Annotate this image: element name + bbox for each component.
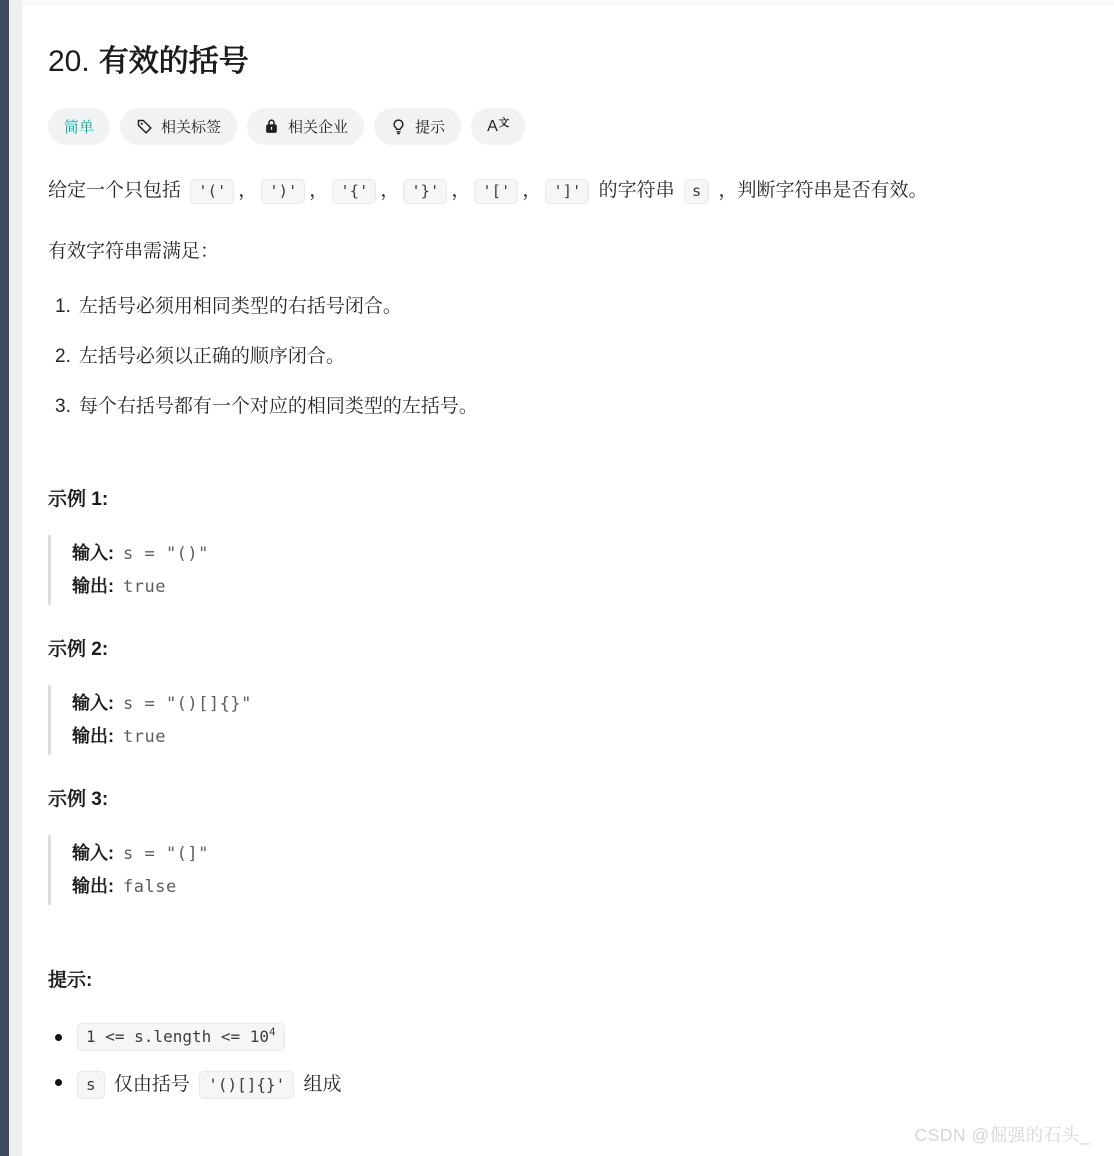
example-input-line: 输入:s = "(]" [72, 837, 1066, 870]
rule-item: 3.每个右括号都有一个对应的相同类型的左括号。 [55, 396, 1066, 418]
problem-page: { "colors": { "difficulty_easy": "#00af9… [0, 0, 1114, 1156]
rule-item: 1.左括号必须用相同类型的右括号闭合。 [55, 296, 1066, 318]
bullet-dot [55, 1079, 62, 1086]
problem-name: 有效的括号 [99, 45, 249, 78]
example-3-title: 示例 3: [48, 784, 1066, 811]
problem-description-panel: 20.有效的括号 简单 相关标签 相关企业 [22, 6, 1114, 1156]
example-1-title: 示例 1: [48, 484, 1066, 511]
hint-button[interactable]: 提示 [374, 108, 461, 145]
left-gutter [9, 0, 22, 1156]
bullet-dot [55, 1034, 62, 1041]
example-input-line: 输入:s = "()[]{}" [72, 687, 1066, 720]
related-tags-button[interactable]: 相关标签 [120, 108, 237, 145]
badge-row: 简单 相关标签 相关企业 [48, 108, 1066, 145]
satisfy-line: 有效字符串需满足： [48, 236, 1066, 263]
example-output-line: 输出:true [72, 570, 1066, 603]
example-output-line: 输出:true [72, 720, 1066, 753]
rules-list: 1.左括号必须用相同类型的右括号闭合。 2.左括号必须以正确的顺序闭合。 3.每… [55, 296, 1066, 418]
inline-code: ']' [545, 179, 589, 204]
hint-label: 提示 [415, 116, 445, 137]
constraints-list: 1 <= s.length <= 104 s 仅由括号 '()[]{}' 组成 [55, 1026, 1066, 1096]
tag-icon [136, 118, 153, 135]
constraints-title: 提示: [48, 965, 1066, 992]
inline-code: 1 <= s.length <= 104 [77, 1023, 285, 1051]
example-2-title: 示例 2: [48, 634, 1066, 661]
lightbulb-icon [390, 118, 407, 135]
example-1-block: 输入:s = "()" 输出:true [48, 535, 1066, 605]
inline-code: s [684, 179, 709, 204]
difficulty-badge[interactable]: 简单 [48, 108, 110, 145]
difficulty-label: 简单 [64, 116, 94, 137]
inline-code: '}' [403, 179, 447, 204]
related-companies-label: 相关企业 [288, 116, 348, 137]
problem-intro: 给定一个只包括 '('，')'，'{'，'}'，'['，']' 的字符串 s ，… [48, 176, 1066, 206]
constraint-item: 1 <= s.length <= 104 [55, 1026, 1066, 1048]
lock-icon [263, 118, 280, 135]
rule-item: 2.左括号必须以正确的顺序闭合。 [55, 346, 1066, 368]
window-left-edge-bar [0, 0, 9, 1156]
inline-code: '()[]{}' [199, 1071, 294, 1099]
example-input-line: 输入:s = "()" [72, 537, 1066, 570]
translate-icon: A文 [487, 115, 509, 139]
csdn-watermark: CSDN @倔强的石头_ [915, 1122, 1090, 1147]
constraint-item: s 仅由括号 '()[]{}' 组成 [55, 1069, 1066, 1096]
inline-code: '[' [474, 179, 518, 204]
related-tags-label: 相关标签 [161, 116, 221, 137]
inline-code: ')' [261, 179, 305, 204]
inline-code: '{' [332, 179, 376, 204]
related-companies-button[interactable]: 相关企业 [247, 108, 364, 145]
problem-number: 20. [48, 45, 90, 78]
example-output-line: 输出:false [72, 870, 1066, 903]
example-2-block: 输入:s = "()[]{}" 输出:true [48, 685, 1066, 755]
problem-title: 20.有效的括号 [48, 42, 1066, 82]
example-3-block: 输入:s = "(]" 输出:false [48, 835, 1066, 905]
translate-toggle-button[interactable]: A文 [471, 108, 525, 145]
inline-code: '(' [190, 179, 234, 204]
inline-code: s [77, 1071, 105, 1099]
